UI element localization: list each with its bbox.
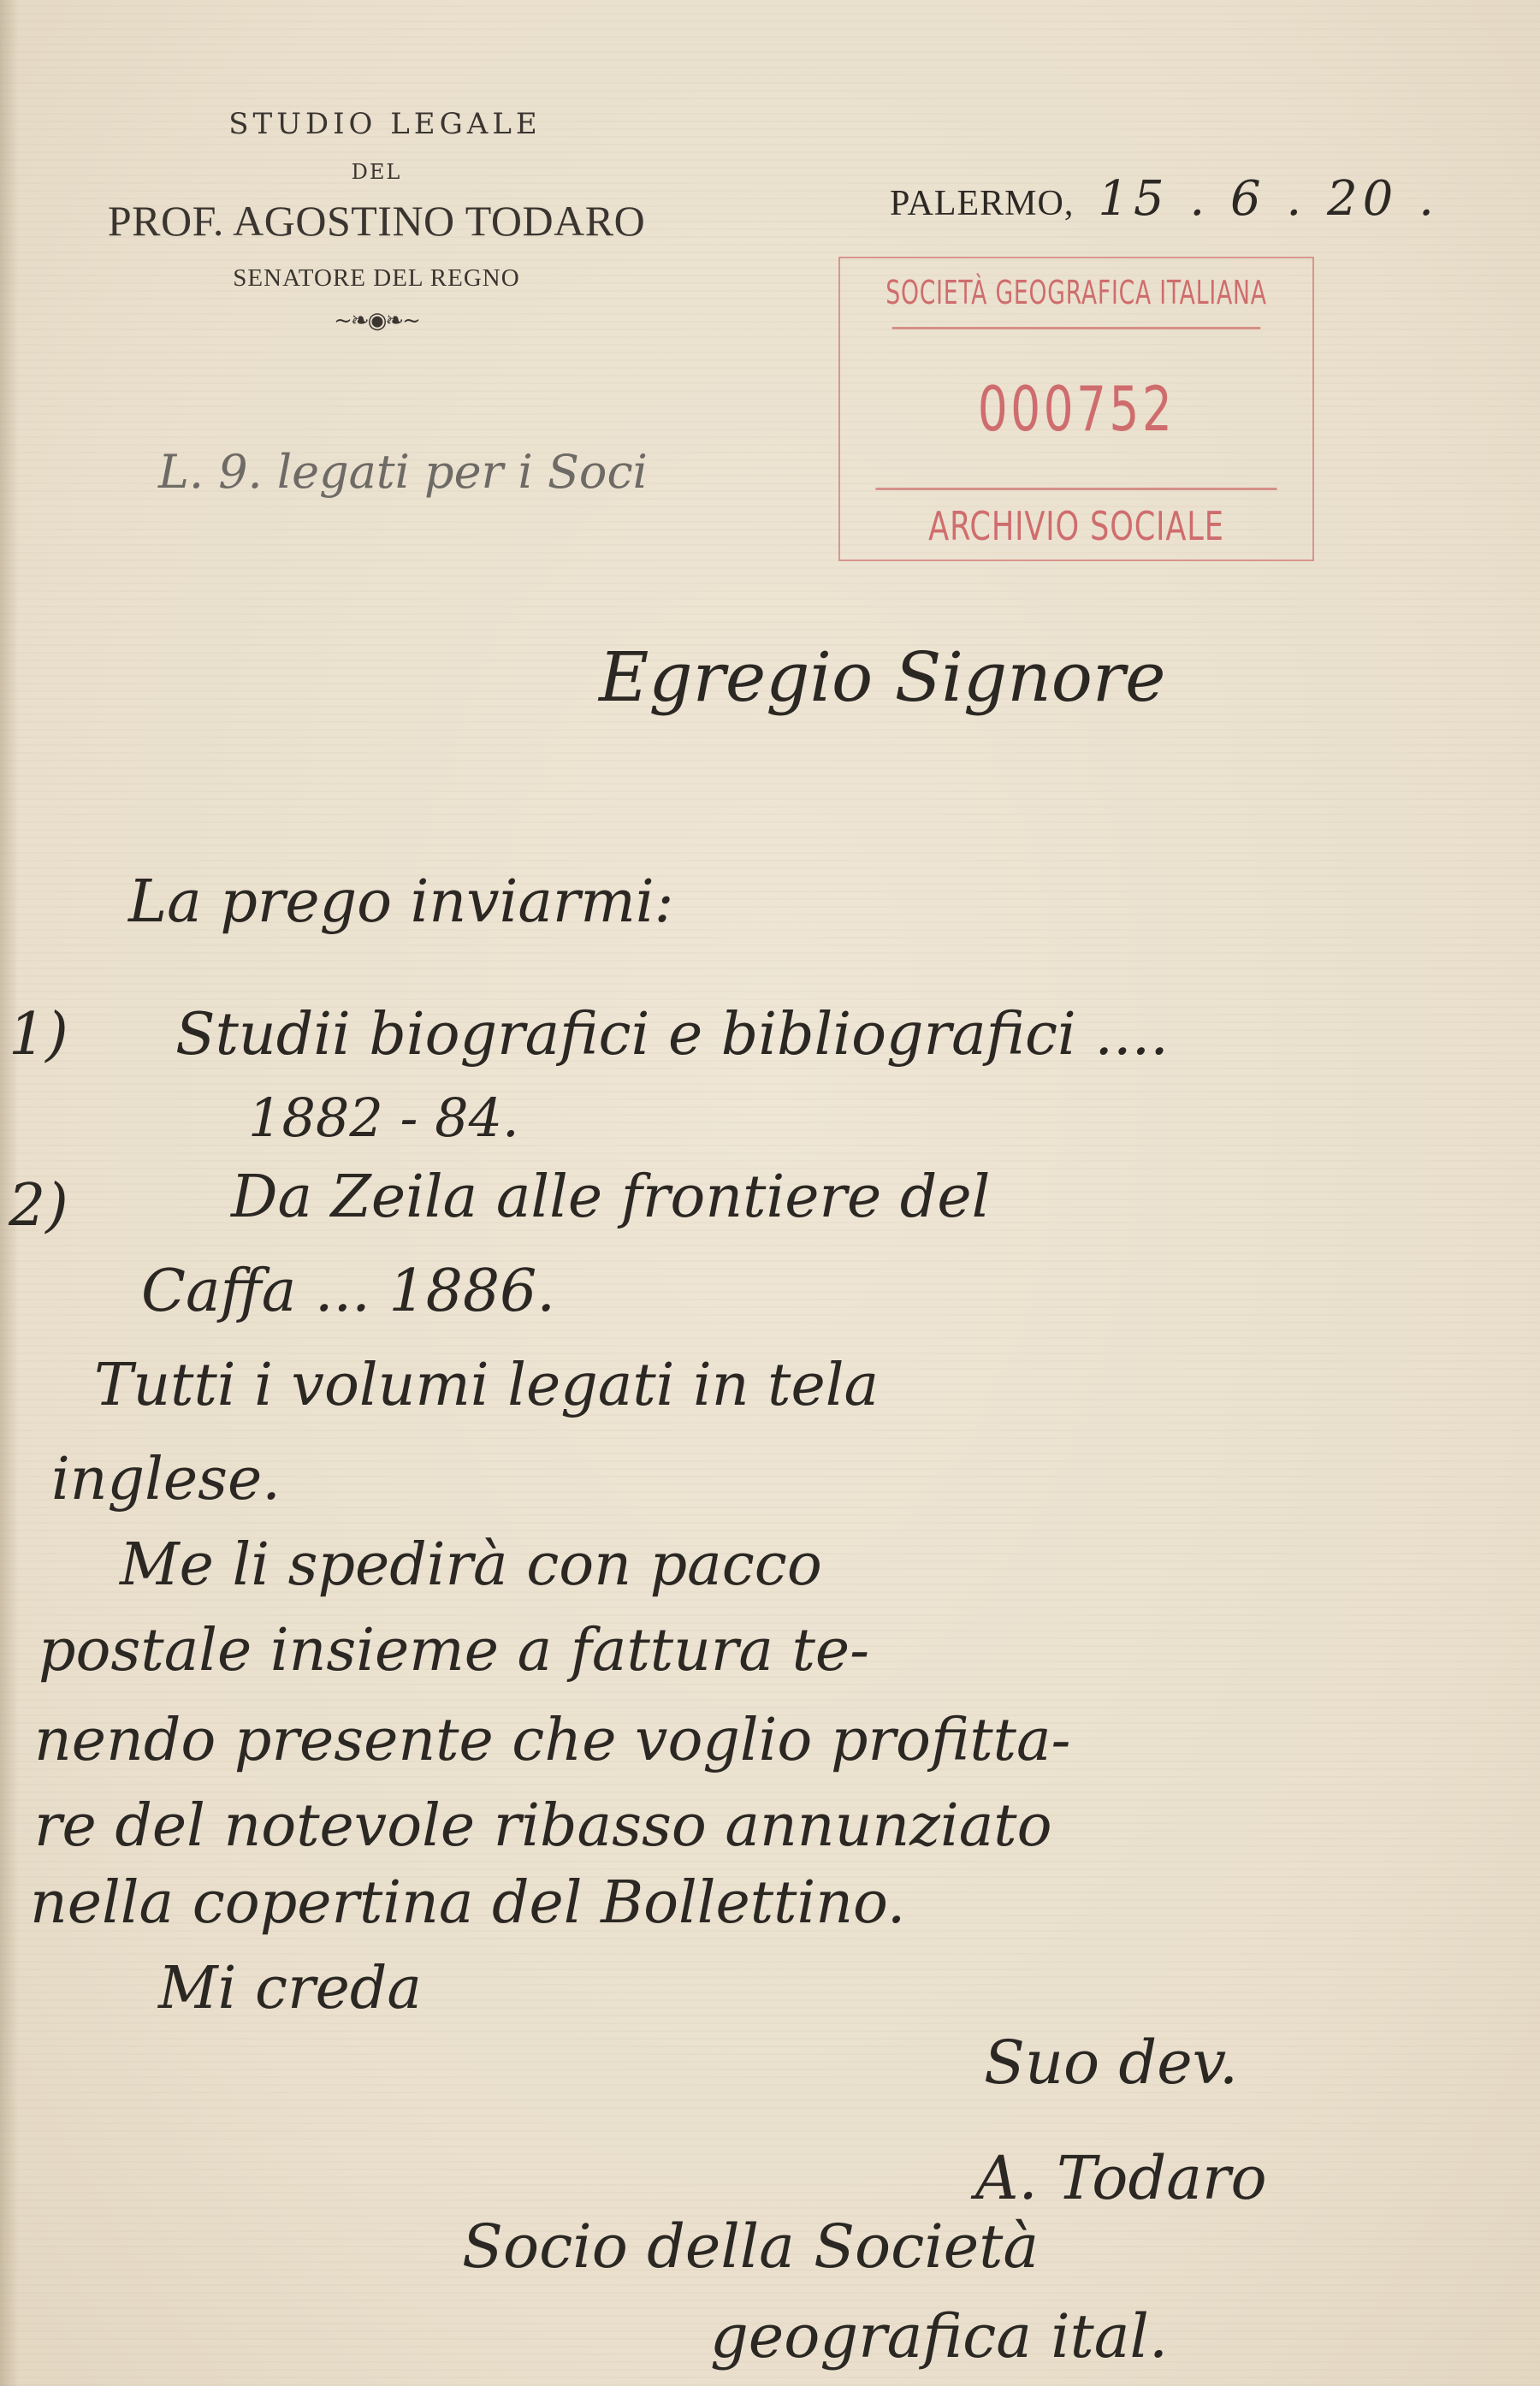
place: PALERMO, [890, 184, 1074, 223]
closing: Suo dev. [984, 2028, 1238, 2098]
letterhead: STUDIO LEGALE DEL PROF. AGOSTINO TODARO … [34, 107, 719, 334]
body-line-3: Me li spedirà con pacco [120, 1531, 822, 1599]
letterhead-name: PROF. AGOSTINO TODARO [34, 196, 719, 246]
stamp-number: 000752 [875, 329, 1276, 488]
letterhead-studio: STUDIO LEGALE [51, 107, 719, 141]
body-line-2: inglese. [51, 1446, 281, 1513]
item-2-line-1: Da Zeila alle frontiere del [231, 1163, 990, 1231]
stamp-department: ARCHIVIO SOCIALE [875, 488, 1276, 562]
place-date: PALERMO, 15 . 6 . 20 . [890, 171, 1439, 227]
item-2-line-2: Caffa ... 1886. [141, 1258, 555, 1325]
archive-stamp: SOCIETÀ GEOGRAFICA ITALIANA 000752 ARCHI… [838, 257, 1314, 561]
salutation: Egregio Signore [599, 637, 1165, 717]
letterhead-title: SENATORE DEL REGNO [34, 264, 719, 293]
item-1-marker: 1) [9, 1001, 68, 1069]
body-line-1: Tutti i volumi legati in tela [94, 1352, 879, 1419]
item-2-marker: 2) [9, 1172, 68, 1240]
letter-page: STUDIO LEGALE DEL PROF. AGOSTINO TODARO … [0, 0, 1540, 2386]
signature-note-line-1: Socio della Società [462, 2211, 1039, 2282]
intro-line: La prego inviarmi: [128, 868, 674, 936]
ornament-icon: ~❧◉❧~ [34, 308, 719, 334]
date: 15 . 6 . 20 . [1098, 171, 1439, 227]
item-1-line-1: Studii biografici e bibliografici .... [175, 1001, 1169, 1069]
signature: A. Todaro [975, 2143, 1267, 2213]
body-line-8: Mi creda [158, 1955, 422, 2022]
body-line-7: nella copertina del Bollettino. [30, 1869, 905, 1937]
item-1-line-2: 1882 - 84. [248, 1086, 519, 1149]
body-line-4: postale insieme a fattura te- [38, 1617, 869, 1684]
body-line-6: re del notevole ribasso annunziato [34, 1792, 1052, 1860]
stamp-organization: SOCIETÀ GEOGRAFICA ITALIANA [892, 258, 1261, 329]
body-line-5: nendo presente che voglio profitta- [34, 1707, 1070, 1774]
pencil-annotation: L. 9. legati per i Soci [158, 445, 648, 499]
signature-note-line-2: geografica ital. [710, 2301, 1168, 2371]
letterhead-del: DEL [34, 160, 719, 184]
